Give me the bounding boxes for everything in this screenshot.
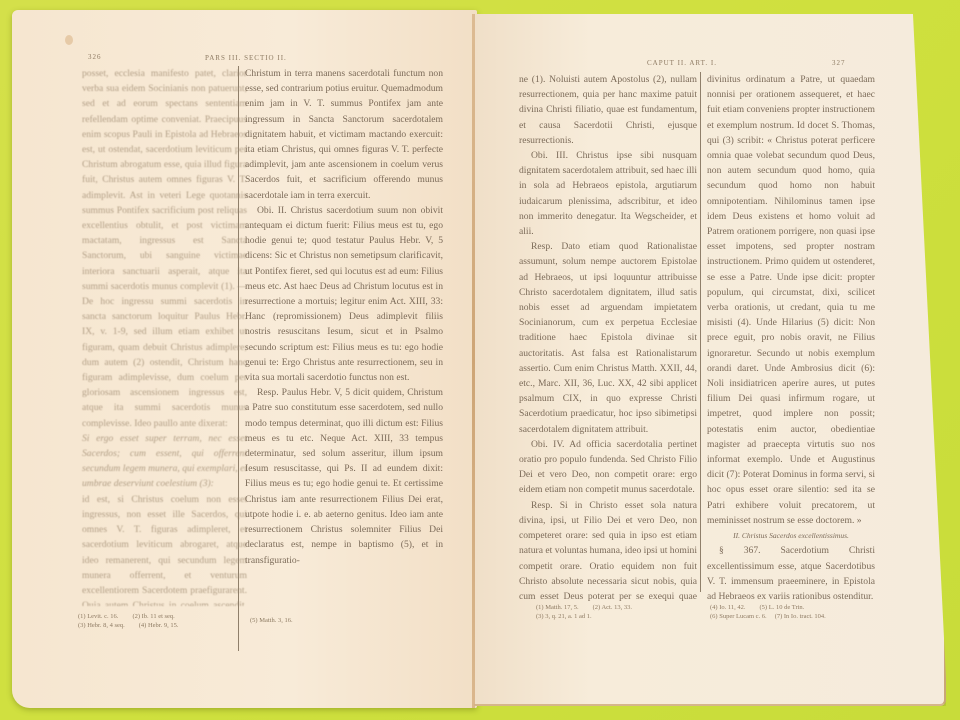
column-rule bbox=[700, 72, 701, 592]
objection-2: Obi. II. Christus sacerdotium suum non o… bbox=[245, 203, 443, 385]
footnote: (4) Hebr. 9, 15. bbox=[139, 621, 179, 630]
footnote: (1) Matth. 17, 5. bbox=[536, 603, 579, 612]
objection-3: Obi. III. Christus ipse sibi nusquam dig… bbox=[519, 148, 697, 239]
left-page-column-1: posset, ecclesia manifesto patet, clario… bbox=[82, 66, 247, 606]
right-footnotes-col-1: (1) Matth. 17, 5. (2) Act. 13, 33. (3) 3… bbox=[536, 603, 696, 621]
response: Resp. Paulus Hebr. V, 5 dicit quidem, Ch… bbox=[245, 385, 443, 567]
book-spine bbox=[472, 14, 475, 708]
paragraph: posset, ecclesia manifesto patet, clario… bbox=[82, 66, 247, 431]
footnote: (3) 3, q. 21, a. 1 ad 1. bbox=[536, 613, 592, 620]
left-page-number: 326 bbox=[88, 53, 102, 61]
right-running-head: CAPUT II. ART. I. bbox=[647, 59, 717, 67]
section-paragraph: § 367. Sacerdotium Christi excellentissi… bbox=[707, 543, 875, 602]
right-page-column-1: ne (1). Noluisti autem Apostolus (2), nu… bbox=[519, 72, 697, 602]
left-running-head: PARS III. SECTIO II. bbox=[205, 54, 287, 62]
column-rule bbox=[238, 66, 239, 651]
footnote: (2) Ib. 11 et seq. bbox=[132, 612, 174, 621]
paragraph-quote: divinitus ordinatum a Patre, ut quaedam … bbox=[707, 72, 875, 528]
footnote: (1) Levit. c. 16. bbox=[78, 612, 118, 621]
response: Resp. Si in Christo esset sola natura di… bbox=[519, 498, 697, 602]
footnote: (7) In Io. tract. 104. bbox=[775, 612, 826, 621]
paragraph-quote: Si ergo esset super terram, nec esset Sa… bbox=[82, 431, 247, 492]
footnote: (5) Matth. 3, 16. bbox=[250, 617, 293, 624]
response: Resp. Dato etiam quod Rationalistae assu… bbox=[519, 239, 697, 437]
right-page-number: 327 bbox=[832, 59, 846, 67]
paragraph: id est, si Christus coelum non esset ing… bbox=[82, 492, 247, 606]
right-page-column-2: divinitus ordinatum a Patre, ut quaedam … bbox=[707, 72, 875, 602]
section-heading: II. Christus Sacerdos excellentissimus. bbox=[707, 528, 875, 543]
objection-4: Obi. IV. Ad officia sacerdotalia pertine… bbox=[519, 437, 697, 498]
footnote: (2) Act. 13, 33. bbox=[593, 603, 632, 612]
footnote: (5) L. 10 de Trin. bbox=[760, 603, 805, 612]
paragraph: ne (1). Noluisti autem Apostolus (2), nu… bbox=[519, 72, 697, 148]
paragraph: Christum in terra manens sacerdotali fun… bbox=[245, 66, 443, 203]
footnote: (4) Io. 11, 42. bbox=[710, 603, 746, 612]
footnote: (3) Hebr. 8, 4 seq. bbox=[78, 621, 125, 630]
left-page-column-2: Christum in terra manens sacerdotali fun… bbox=[245, 66, 443, 606]
right-footnotes-col-2: (4) Io. 11, 42. (5) L. 10 de Trin. (6) S… bbox=[710, 603, 880, 621]
left-footnotes-col-2: (5) Matth. 3, 16. bbox=[250, 616, 400, 625]
footnote: (6) Super Lucam c. 6. bbox=[710, 612, 767, 621]
paper-stain bbox=[65, 35, 73, 45]
left-footnotes-col-1: (1) Levit. c. 16. (2) Ib. 11 et seq. (3)… bbox=[78, 612, 233, 630]
